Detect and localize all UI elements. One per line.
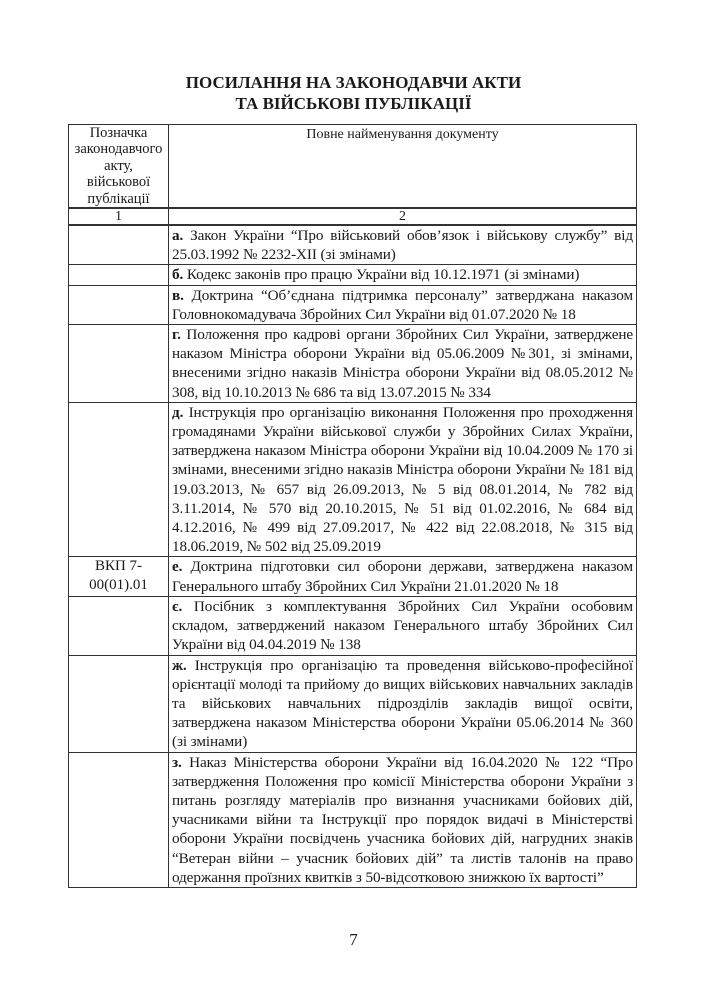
document-designation: [69, 265, 169, 285]
document-full-name: ж. Інструкція про організацію та проведе…: [169, 655, 637, 752]
column-number-row: 1 2: [69, 208, 637, 225]
document-designation: [69, 655, 169, 752]
item-text: Доктрина підготовки сил оборони держави,…: [172, 558, 633, 594]
document-full-name: є. Посібник з комплектування Збройних Си…: [169, 596, 637, 655]
document-designation: ВКП 7-00(01).01: [69, 557, 169, 596]
item-letter: є.: [172, 598, 182, 615]
table-row: є. Посібник з комплектування Збройних Си…: [69, 596, 637, 655]
table-row: а. Закон України “Про військовий обов’яз…: [69, 225, 637, 265]
document-full-name: г. Положення про кадрові органи Збройних…: [169, 325, 637, 403]
item-letter: г.: [172, 326, 181, 343]
references-table: Позначка законодавчого акту, військової …: [68, 124, 637, 888]
document-designation: [69, 285, 169, 324]
table-row: г. Положення про кадрові органи Збройних…: [69, 325, 637, 403]
document-designation: [69, 402, 169, 557]
page-number: 7: [0, 930, 707, 950]
document-full-name: а. Закон України “Про військовий обов’яз…: [169, 225, 637, 265]
table-row: б. Кодекс законів про працю України від …: [69, 265, 637, 285]
title-line-1: ПОСИЛАННЯ НА ЗАКОНОДАВЧИ АКТИ: [0, 72, 707, 93]
item-letter: б.: [172, 266, 183, 283]
item-letter: з.: [172, 754, 182, 771]
header-designation: Позначка законодавчого акту, військової …: [69, 125, 169, 209]
document-designation: [69, 596, 169, 655]
item-text: Посібник з комплектування Збройних Сил У…: [172, 598, 633, 653]
item-letter: е.: [172, 558, 182, 575]
document-full-name: з. Наказ Міністерства оборони України ві…: [169, 752, 637, 887]
document-designation: [69, 325, 169, 403]
table-row: ВКП 7-00(01).01е. Доктрина підготовки си…: [69, 557, 637, 596]
document-full-name: б. Кодекс законів про працю України від …: [169, 265, 637, 285]
table-row: з. Наказ Міністерства оборони України ві…: [69, 752, 637, 887]
table-row: ж. Інструкція про організацію та проведе…: [69, 655, 637, 752]
item-text: Закон України “Про військовий обов’язок …: [172, 227, 633, 263]
item-text: Наказ Міністерства оборони України від 1…: [172, 754, 633, 886]
title-line-2: ТА ВІЙСЬКОВІ ПУБЛІКАЦІЇ: [0, 93, 707, 114]
document-designation: [69, 752, 169, 887]
document-full-name: д. Інструкція про організацію виконання …: [169, 402, 637, 557]
item-letter: д.: [172, 404, 183, 421]
item-letter: а.: [172, 227, 183, 244]
document-designation: [69, 225, 169, 265]
document-full-name: е. Доктрина підготовки сил оборони держа…: [169, 557, 637, 596]
header-full-name: Повне найменування документу: [169, 125, 637, 209]
table-row: д. Інструкція про організацію виконання …: [69, 402, 637, 557]
column-number-2: 2: [169, 208, 637, 225]
document-full-name: в. Доктрина “Об’єднана підтримка персона…: [169, 285, 637, 324]
table-row: в. Доктрина “Об’єднана підтримка персона…: [69, 285, 637, 324]
item-text: Кодекс законів про працю України від 10.…: [183, 266, 579, 283]
item-text: Доктрина “Об’єднана підтримка персоналу”…: [172, 287, 633, 323]
item-text: Положення про кадрові органи Збройних Си…: [172, 326, 633, 401]
column-number-1: 1: [69, 208, 169, 225]
item-text: Інструкція про організацію виконання Пол…: [172, 404, 633, 555]
item-letter: в.: [172, 287, 184, 304]
table-header-row: Позначка законодавчого акту, військової …: [69, 125, 637, 209]
item-letter: ж.: [172, 657, 187, 674]
item-text: Інструкція про організацію та проведення…: [172, 657, 633, 751]
table-body: а. Закон України “Про військовий обов’яз…: [69, 225, 637, 887]
page-title: ПОСИЛАННЯ НА ЗАКОНОДАВЧИ АКТИ ТА ВІЙСЬКО…: [0, 72, 707, 114]
